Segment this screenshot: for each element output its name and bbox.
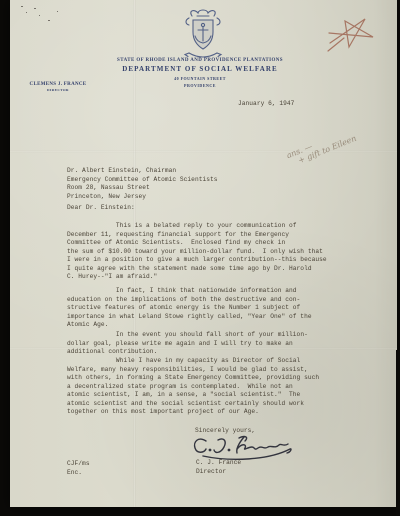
scan-edge (396, 350, 400, 516)
typed-signature-title: Director (196, 468, 226, 477)
handwritten-signature (191, 434, 301, 462)
horizontal-fold-crease (10, 150, 397, 153)
scanned-letter-photo: STATE OF RHODE ISLAND AND PROVIDENCE PLA… (0, 0, 400, 516)
letter-date: January 6, 1947 (238, 100, 294, 109)
rhode-island-seal-icon (181, 8, 225, 58)
crayon-star-mark (326, 12, 382, 54)
body-paragraph-3: In the event you should fall short of yo… (67, 331, 308, 357)
enclosure-note: Enc. (67, 469, 82, 476)
reference-and-enclosure: CJF/ms Enc. (67, 460, 90, 477)
ink-speckle (48, 20, 50, 21)
recipient-address-block: Dr. Albert Einstein, Chairman Emergency … (67, 167, 218, 201)
ink-speckle (57, 11, 58, 12)
letterhead-street-line: 40 FOUNTAIN STREET (0, 76, 400, 81)
ink-speckle (39, 15, 40, 16)
body-paragraph-1: This is a belated reply to your communic… (67, 222, 327, 282)
letterhead-official-name: CLEMENS J. FRANCE (18, 82, 98, 87)
letterhead-official-title: DIRECTOR (18, 88, 98, 92)
ink-speckle (21, 6, 23, 7)
letterhead-state-line: STATE OF RHODE ISLAND AND PROVIDENCE PLA… (0, 58, 400, 63)
reference-initials: CJF/ms (67, 460, 90, 467)
typed-signature-name: C. J. France (196, 459, 241, 468)
body-paragraph-4: While I have in my capacity as Director … (67, 357, 319, 417)
letterhead-department-line: DEPARTMENT OF SOCIAL WELFARE (0, 65, 400, 73)
ink-speckle (26, 12, 27, 13)
ink-speckle (34, 8, 36, 9)
body-paragraph-2: In fact, I think that nationwide informa… (67, 287, 312, 330)
salutation: Dear Dr. Einstein: (67, 204, 135, 213)
